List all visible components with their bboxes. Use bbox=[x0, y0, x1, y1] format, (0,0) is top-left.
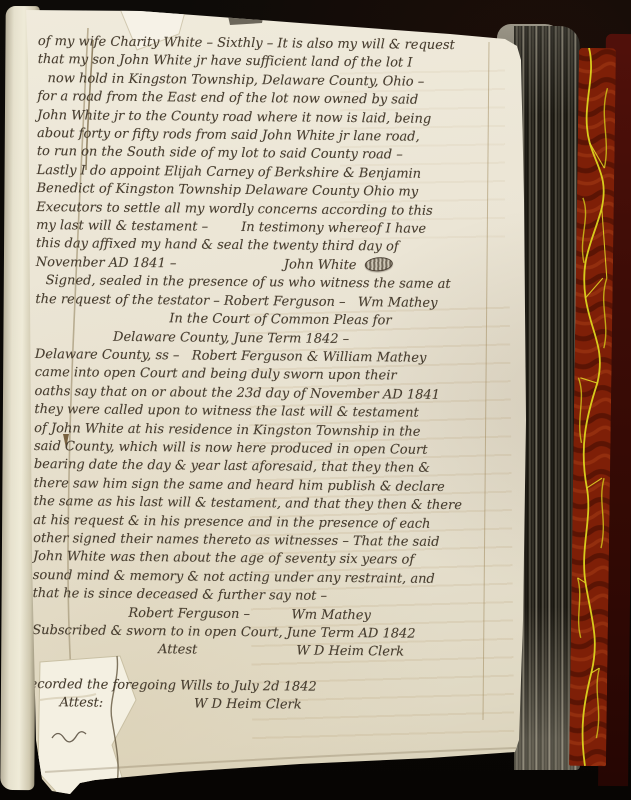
manuscript-line-text: sound mind & memory & not acting under a… bbox=[33, 568, 435, 587]
manuscript-line-text: Delaware County, June Term 1842 – bbox=[113, 329, 349, 346]
manuscript-line-text: oaths say that on or about the 23d day o… bbox=[34, 384, 440, 403]
manuscript-line-text: at his request & in his presence and in … bbox=[33, 513, 430, 532]
manuscript-line-text: my last will & testament – In testimony … bbox=[36, 218, 426, 237]
manuscript-line-text: of my wife Charity White – Sixthly – It … bbox=[38, 34, 455, 53]
manuscript-line-text: John White jr to the County road where i… bbox=[37, 108, 431, 127]
manuscript-line-text: bearing date the day & year last aforesa… bbox=[34, 457, 430, 476]
manuscript-line-text: Subscribed & sworn to in open Court, Jun… bbox=[32, 623, 415, 642]
book-photograph: 191-3 of my wife Charity White – Sixthly… bbox=[0, 0, 631, 800]
manuscript-line-text: Benedict of Kingston Township Delaware C… bbox=[36, 181, 418, 200]
manuscript-line-text: this day affixed my hand & seal the twen… bbox=[36, 236, 399, 254]
manuscript-line-text: Executors to settle all my wordly concer… bbox=[36, 200, 433, 219]
manuscript-line-text: said County, which will is now here prod… bbox=[34, 439, 428, 458]
manuscript-line-text: other signed their names thereto as witn… bbox=[33, 531, 439, 550]
manuscript-line: Subscribed & sworn to in open Court, Jun… bbox=[32, 622, 494, 645]
manuscript-line-text: Delaware County, ss – Robert Ferguson & … bbox=[35, 347, 427, 366]
manuscript-line: Attest W D Heim Clerk bbox=[158, 642, 494, 664]
manuscript-line: the request of the testator – Robert Fer… bbox=[35, 291, 497, 314]
manuscript-line-text: that my son John White jr have sufficien… bbox=[38, 52, 413, 71]
manuscript-line-text: Signed, sealed in the presence of us who… bbox=[46, 273, 451, 292]
manuscript-line-text: November AD 1841 – John White bbox=[36, 255, 361, 273]
manuscript-line-text: came into open Court and being duly swor… bbox=[35, 365, 397, 383]
manuscript-line-text: they were called upon to witness the las… bbox=[34, 402, 418, 421]
manuscript-line-text: John White was then about the age of sev… bbox=[33, 549, 414, 568]
manuscript-line: In the Court of Common Pleas for bbox=[169, 310, 497, 332]
manuscript-line-text: for a road from the East end of the lot … bbox=[37, 89, 418, 108]
manuscript-line-text: that he is since deceased & further say … bbox=[33, 586, 328, 604]
manuscript-line-text: Robert Ferguson – Wm Mathey bbox=[128, 605, 371, 622]
manuscript-line-text: now hold in Kingston Township, Delaware … bbox=[47, 71, 424, 90]
manuscript-line-text: to run on the South side of my lot to sa… bbox=[37, 144, 403, 163]
manuscript-line-text: Recorded the foregoing Wills to July 2d … bbox=[20, 677, 317, 695]
manuscript-line-text: the same as his last will & testament, a… bbox=[33, 494, 462, 513]
manuscript-line-text: about forty or fifty rods from said John… bbox=[37, 126, 420, 145]
manuscript-line-text: In the Court of Common Pleas for bbox=[169, 311, 391, 328]
manuscript-line-text: of John White at his residence in Kingst… bbox=[34, 421, 420, 440]
manuscript-line-text: Attest W D Heim Clerk bbox=[158, 643, 404, 660]
manuscript-line-text: there saw him sign the same and heard hi… bbox=[34, 476, 445, 495]
manuscript-line-text: Lastly I do appoint Elijah Carney of Ber… bbox=[37, 163, 422, 182]
manuscript-line-text: Attest: W D Heim Clerk bbox=[59, 695, 301, 712]
manuscript-line-text: the request of the testator – Robert Fer… bbox=[35, 292, 437, 311]
wax-seal-icon bbox=[364, 256, 393, 272]
manuscript-text: of my wife Charity White – Sixthly – It … bbox=[31, 33, 500, 717]
